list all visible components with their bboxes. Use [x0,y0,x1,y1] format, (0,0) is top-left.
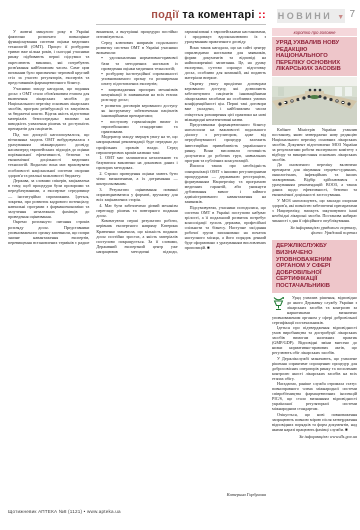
news-tab: НОВИНИ ▼ [277,9,345,23]
news-paragraph: Нагадаємо, раніше служба отримала статус… [272,381,357,411]
news-paragraph: До оновленого переліку включено препарат… [272,162,357,197]
article-paragraph: Учасники заходу нагадали, що подання дос… [8,86,89,132]
chevron-down-icon: ▼ [337,14,344,21]
news-paragraph: Кабінет Міністрів України ухвалив постан… [272,127,357,162]
page-number: 7 [349,9,355,20]
attribution-line: фото: Урядовий портал [272,230,357,235]
news-headline-2: ДЕРЖЛІКСЛУЖБУ ВИЗНАЧЕНО УПОВНОВАЖЕНИМ ОР… [272,240,357,292]
section-header-main: та коментарі [179,9,258,21]
news-kicker: коротко про головне [272,28,357,36]
newspaper-page: події та коментарі :: НОВИНИ ▼ 7 У жовтн… [0,0,360,530]
article-numbered-item: 2. Строки проведення оцінки мають бути ч… [96,171,177,186]
article-paragraph: Під час дискусії наголошувалося, що вітч… [8,132,89,178]
article-numbered-item: 3. Результати оцінювання повинні оприлюд… [96,187,177,202]
article-bullet-item: ▪ запровадження прозорих механізмів кому… [96,87,177,102]
article-paragraph: Представники фармацевтичного бізнесу наг… [185,122,266,163]
article-bullet-item: ▪ удосконалення нормативно-правової бази… [96,55,177,70]
pharmacy-bowl-snake-icon [272,296,285,311]
footer-issue-info: Щотижневик АПТЕКА №8 (1121) • www.apteka… [8,509,121,514]
article-paragraph: Вона також нагадала, що на сайті центру … [185,45,266,81]
news-item-2-attribution: За інформацією www.dls.gov.ua [272,434,357,439]
article-paragraph: Окрему увагу приділено договорам керован… [185,81,266,122]
article-paragraph: Держава, за словами спікерів, зацікавлен… [8,178,89,219]
article-paragraph: У жовтні минулого року в Україні фактичн… [8,29,89,85]
news-tab-label: НОВИНИ [278,11,332,21]
news-paragraph: У МОЗ наголошують, що заклади охорони зд… [272,198,357,223]
article-paragraph: Підсумовуючи, учасники погодилися, що си… [185,205,266,251]
article-paragraph: Йшлося також про необхідність синхроніза… [185,163,266,204]
article-bullet-item: ▪ розбудову інституційної спроможності у… [96,71,177,86]
article-paragraph: Модератор заходу звернув увагу на те, що… [96,134,177,154]
news-item-2-body: Уряд ухвалив рішення, відповідно до яког… [272,295,357,432]
article-paragraph: Серед ключових напрямів подальшого розви… [96,40,177,55]
news-column: коротко про головне УРЯД УХВАЛИВ НОВУ РЕ… [272,28,357,439]
news-item-1-attribution: За інформацією урядового порталу, фото: … [272,225,357,235]
article-bullet-item: ▪ поступову гармонізацію вимог із європе… [96,119,177,134]
news-headline-1: УРЯД УХВАЛИВ НОВУ РЕДАКЦІЮ НАЦІОНАЛЬНОГО… [272,37,357,76]
section-header-pre: події [151,9,179,21]
news-paragraph: У Держлікслужбі зазначають, що ухвалене … [272,356,357,381]
article-author-byline: Катерина Горбунова [176,492,266,497]
main-article: У жовтні минулого року в Україні фактичн… [8,29,266,495]
news-item-1-body: Кабінет Міністрів України ухвалив постан… [272,127,357,223]
news-paragraph: Ідеться про підтвердження відповідності … [272,325,357,355]
cabinet-meeting-photo [272,77,357,125]
section-header: події та коментарі :: [96,9,266,25]
news-paragraph: Очікується, що нові повноваження запрацю… [272,412,357,432]
section-header-mark: :: [258,9,266,21]
article-bullet-item: ▪ розвиток договорів керованого доступу … [96,103,177,118]
article-numbered-item: 4. Має бути забезпечено дієвий механізм … [96,203,177,218]
article-numbered-item: 1. ОМТ має залишатися незалежною та базу… [96,155,177,170]
